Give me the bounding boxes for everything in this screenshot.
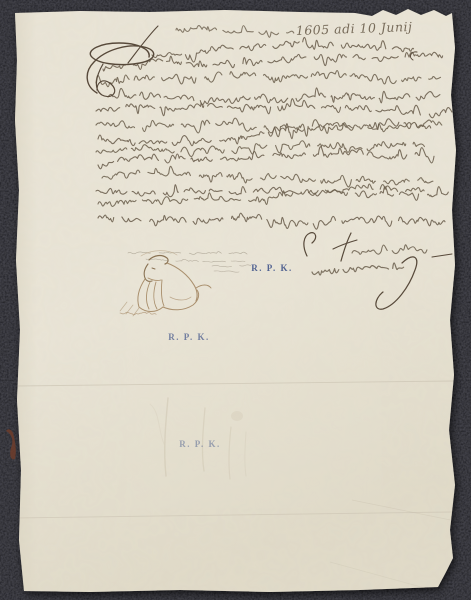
document-photo: Handwritten letter dated Anno 1605, adi …: [0, 0, 471, 600]
paper-surface-texture: [0, 0, 471, 600]
letter-photograph: Handwritten letter dated Anno 1605, adi …: [0, 0, 471, 600]
collection-stamp: R. P. K.: [168, 332, 209, 342]
collection-stamp: R. P. K.: [251, 263, 292, 273]
collection-stamp: R. P. K.: [179, 439, 220, 449]
